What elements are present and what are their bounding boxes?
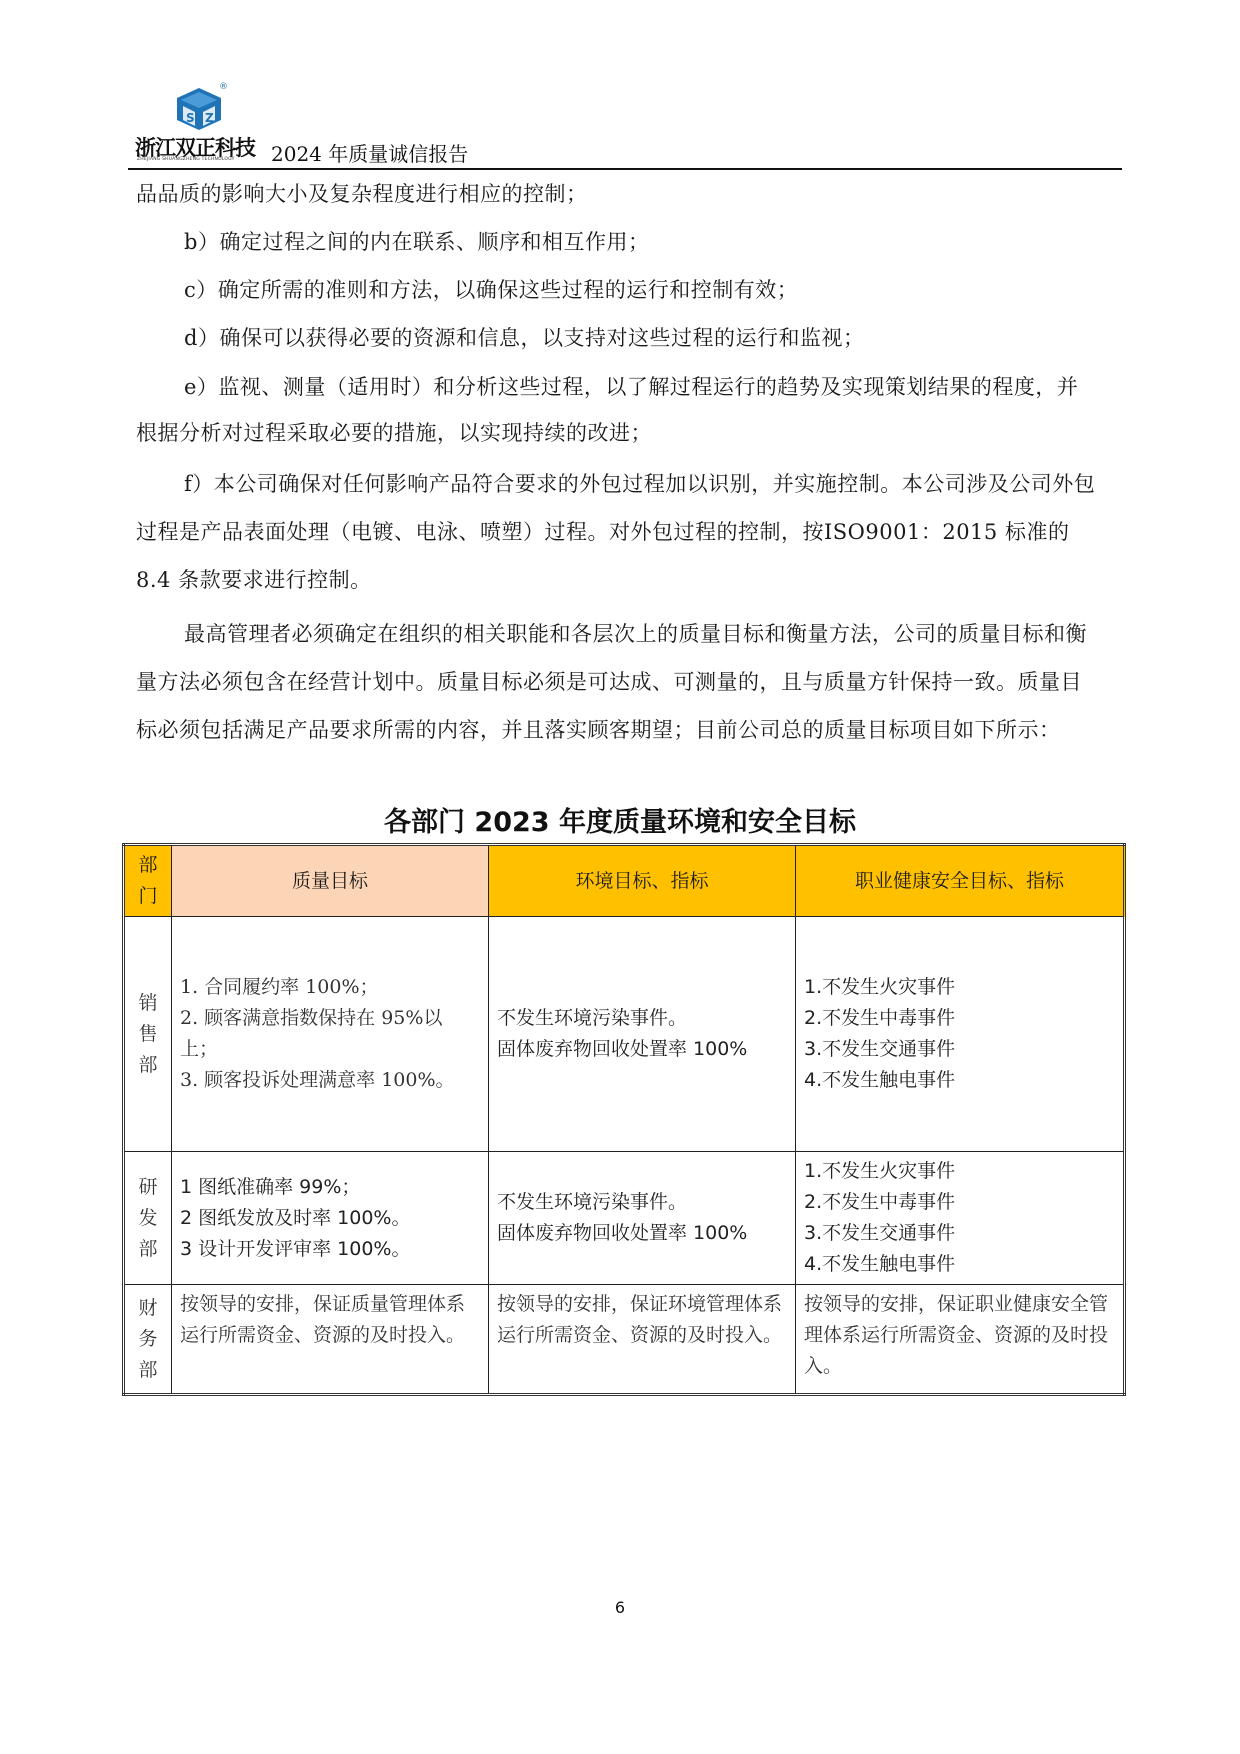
safety-item: 3.不发生交通事件 <box>804 1218 1115 1249</box>
department-goals-table: 部门 质量目标 环境目标、指标 职业健康安全目标、指标 销售部 1. 合同履约率… <box>122 843 1126 1396</box>
table-title: 各部门 2023 年度质量环境和安全目标 <box>0 800 1240 839</box>
quality-item: 1 图纸准确率 99%； <box>180 1172 480 1203</box>
table-header-row: 部门 质量目标 环境目标、指标 职业健康安全目标、指标 <box>124 845 1125 917</box>
safety-item: 1.不发生火灾事件 <box>804 972 1115 1003</box>
paragraph-item-f: f）本公司确保对任何影响产品符合要求的外包过程加以识别，并实施控制。本公司涉及公… <box>136 460 1096 604</box>
paragraph-quality-objectives: 最高管理者必须确定在组织的相关职能和各层次上的质量目标和衡量方法，公司的质量目标… <box>136 610 1096 754</box>
company-logo: S Z ® 浙江双正科技 ZHEJIANG SHUANGZHENG TECHNO… <box>135 82 275 168</box>
env-cell: 按领导的安排，保证环境管理体系运行所需资金、资源的及时投入。 <box>489 1285 796 1395</box>
quality-cell: 1. 合同履约率 100%； 2. 顾客满意指数保持在 95%以上； 3. 顾客… <box>172 917 489 1152</box>
safety-cell: 按领导的安排，保证职业健康安全管理体系运行所需资金、资源的及时投入。 <box>796 1285 1125 1395</box>
header-divider <box>128 168 1122 170</box>
paragraph-item-d: d）确保可以获得必要的资源和信息，以支持对这些过程的运行和监视； <box>136 316 1096 360</box>
paragraph: 品品质的影响大小及复杂程度进行相应的控制； <box>136 172 1096 216</box>
env-cell: 不发生环境污染事件。 固体废弃物回收处置率 100% <box>489 917 796 1152</box>
quality-item: 2. 顾客满意指数保持在 95%以上； <box>180 1003 480 1065</box>
quality-item: 3 设计开发评审率 100%。 <box>180 1234 480 1265</box>
env-item: 固体废弃物回收处置率 100% <box>497 1034 787 1065</box>
column-header-safety: 职业健康安全目标、指标 <box>796 845 1125 917</box>
quality-item: 2 图纸发放及时率 100%。 <box>180 1203 480 1234</box>
safety-cell: 1.不发生火灾事件 2.不发生中毒事件 3.不发生交通事件 4.不发生触电事件 <box>796 917 1125 1152</box>
safety-item: 4.不发生触电事件 <box>804 1065 1115 1096</box>
safety-item: 3.不发生交通事件 <box>804 1034 1115 1065</box>
table-row: 财务部 按领导的安排，保证质量管理体系运行所需资金、资源的及时投入。 按领导的安… <box>124 1285 1125 1395</box>
quality-cell: 按领导的安排，保证质量管理体系运行所需资金、资源的及时投入。 <box>172 1285 489 1395</box>
env-cell: 不发生环境污染事件。 固体废弃物回收处置率 100% <box>489 1152 796 1285</box>
paragraph-item-b: b）确定过程之间的内在联系、顺序和相互作用； <box>136 220 1096 264</box>
report-title: 2024 年质量诚信报告 <box>271 138 468 167</box>
quality-cell: 1 图纸准确率 99%； 2 图纸发放及时率 100%。 3 设计开发评审率 1… <box>172 1152 489 1285</box>
dept-cell: 财务部 <box>124 1285 172 1395</box>
page-header: S Z ® 浙江双正科技 ZHEJIANG SHUANGZHENG TECHNO… <box>135 82 1125 170</box>
safety-cell: 1.不发生火灾事件 2.不发生中毒事件 3.不发生交通事件 4.不发生触电事件 <box>796 1152 1125 1285</box>
dept-cell: 研发部 <box>124 1152 172 1285</box>
table-row: 研发部 1 图纸准确率 99%； 2 图纸发放及时率 100%。 3 设计开发评… <box>124 1152 1125 1285</box>
env-item: 不发生环境污染事件。 <box>497 1187 787 1218</box>
page-number: 6 <box>0 1598 1240 1617</box>
paragraph-item-c: c）确定所需的准则和方法，以确保这些过程的运行和控制有效； <box>136 268 1096 312</box>
paragraph-item-e: e）监视、测量（适用时）和分析这些过程，以了解过程运行的趋势及实现策划结果的程度… <box>136 364 1096 456</box>
svg-text:Z: Z <box>205 111 214 125</box>
table-row: 销售部 1. 合同履约率 100%； 2. 顾客满意指数保持在 95%以上； 3… <box>124 917 1125 1152</box>
safety-item: 4.不发生触电事件 <box>804 1249 1115 1280</box>
registered-mark: ® <box>219 82 228 92</box>
dept-cell: 销售部 <box>124 917 172 1152</box>
safety-item: 1.不发生火灾事件 <box>804 1156 1115 1187</box>
quality-item: 1. 合同履约率 100%； <box>180 972 480 1003</box>
column-header-env: 环境目标、指标 <box>489 845 796 917</box>
env-item: 不发生环境污染事件。 <box>497 1003 787 1034</box>
safety-item: 2.不发生中毒事件 <box>804 1003 1115 1034</box>
quality-item: 3. 顾客投诉处理满意率 100%。 <box>180 1065 480 1096</box>
column-header-quality: 质量目标 <box>172 845 489 917</box>
body-text: 品品质的影响大小及复杂程度进行相应的控制； b）确定过程之间的内在联系、顺序和相… <box>136 172 1096 754</box>
column-header-dept: 部门 <box>124 845 172 917</box>
company-name-en: ZHEJIANG SHUANGZHENG TECHNOLOGY <box>137 157 235 162</box>
env-item: 固体废弃物回收处置率 100% <box>497 1218 787 1249</box>
svg-text:S: S <box>186 111 195 125</box>
safety-item: 2.不发生中毒事件 <box>804 1187 1115 1218</box>
sz-cube-logo-icon: S Z <box>173 86 225 132</box>
